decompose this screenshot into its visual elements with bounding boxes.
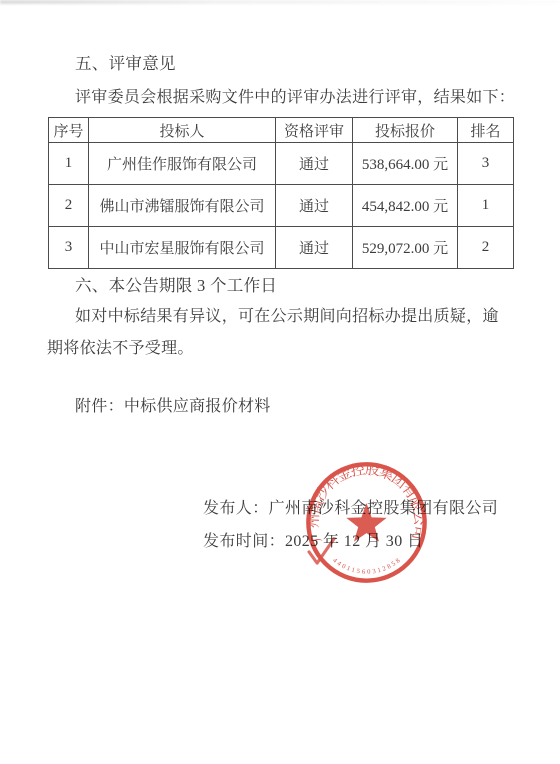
col-header-rank: 排名 <box>458 118 514 143</box>
cell-qualification: 通过 <box>276 143 353 185</box>
table-header-row: 序号 投标人 资格评审 投标报价 排名 <box>49 118 514 143</box>
cell-price: 454,842.00 元 <box>353 185 458 227</box>
evaluation-intro: 评审委员会根据采购文件中的评审办法进行评审，结果如下： <box>75 89 515 107</box>
cell-qualification: 通过 <box>276 185 353 227</box>
section-5-heading: 五、评审意见 <box>75 55 176 74</box>
table-row: 1 广州佳作服饰有限公司 通过 538,664.00 元 3 <box>49 143 514 185</box>
col-header-price: 投标报价 <box>353 118 458 143</box>
cell-no: 1 <box>49 143 89 185</box>
cell-qualification: 通过 <box>276 227 353 269</box>
company-seal: 广州南沙科金控股集团有限公司 44011560312858 <box>304 460 429 585</box>
cell-no: 2 <box>49 185 89 227</box>
cell-bidder: 广州佳作服饰有限公司 <box>89 143 276 185</box>
table-row: 3 中山市宏星服饰有限公司 通过 529,072.00 元 2 <box>49 227 514 269</box>
cell-rank: 1 <box>458 185 514 227</box>
cell-rank: 2 <box>458 227 514 269</box>
cell-rank: 3 <box>458 143 514 185</box>
cell-bidder: 中山市宏星服饰有限公司 <box>89 227 276 269</box>
col-header-qualification: 资格评审 <box>276 118 353 143</box>
cell-no: 3 <box>49 227 89 269</box>
objection-text-line-2: 期将依法不予受理。 <box>47 340 194 358</box>
evaluation-table: 序号 投标人 资格评审 投标报价 排名 1 广州佳作服饰有限公司 通过 538,… <box>48 117 514 269</box>
cell-price: 529,072.00 元 <box>353 227 458 269</box>
table-row: 2 佛山市沸镭服饰有限公司 通过 454,842.00 元 1 <box>49 185 514 227</box>
section-6-heading: 六、本公告期限 3 个工作日 <box>75 277 277 296</box>
col-header-bidder: 投标人 <box>89 118 276 143</box>
cell-price: 538,664.00 元 <box>353 143 458 185</box>
seal-star-icon <box>346 503 386 541</box>
objection-text-line-1: 如对中标结果有异议，可在公示期间向招标办提出质疑，逾 <box>75 308 499 326</box>
scan-edge-artifact <box>0 0 560 4</box>
document-page: 五、评审意见 评审委员会根据采购文件中的评审办法进行评审，结果如下： 序号 投标… <box>0 0 560 764</box>
attachment-line: 附件：中标供应商报价材料 <box>75 398 271 416</box>
cell-bidder: 佛山市沸镭服饰有限公司 <box>89 185 276 227</box>
col-header-no: 序号 <box>49 118 89 143</box>
